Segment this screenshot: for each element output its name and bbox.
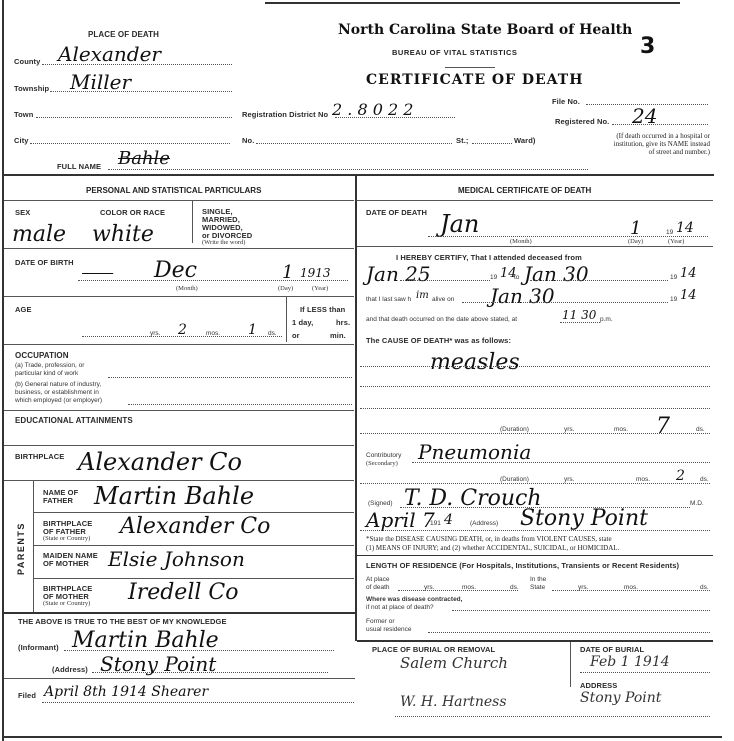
signed-year: 4 <box>444 512 453 528</box>
mother-birthplace-hint: (State or Country) <box>43 600 90 607</box>
one-day-label: 1 day, <box>292 318 313 327</box>
sex-row-rule <box>4 248 354 249</box>
age-ds-label: ds. <box>268 330 277 337</box>
filed-value: April 8th 1914 Shearer <box>44 684 208 700</box>
dob-struck <box>82 266 113 282</box>
contracted-line <box>452 610 710 611</box>
in-state-ds: ds. <box>700 584 709 591</box>
registration-district-label: Registration District No <box>242 110 328 119</box>
town-line <box>36 117 232 118</box>
marital-divider <box>192 200 193 243</box>
age-mos-label: mos. <box>206 330 220 337</box>
occupation-row-rule <box>4 410 354 411</box>
signed-address-line <box>360 530 710 531</box>
birthplace-value: Alexander Co <box>78 448 242 476</box>
birthplace-label: BIRTHPLACE <box>15 452 64 461</box>
contrib-ds-label: ds. <box>700 476 709 483</box>
contracted-1: Where was disease contracted, <box>366 596 462 603</box>
father-birthplace-hint: (State or Country) <box>43 535 90 542</box>
sex-label: SEX <box>15 208 30 217</box>
duration-yrs-label: yrs. <box>564 426 574 433</box>
street-no-label: No. <box>242 136 254 145</box>
city-line <box>30 143 230 144</box>
filed-line <box>42 702 354 703</box>
death-time-line <box>560 322 600 323</box>
attended-from-year-prefix: 19 <box>490 274 497 281</box>
informant-value: Martin Bahle <box>72 628 219 653</box>
county-value: Alexander <box>58 42 161 66</box>
last-saw-year-prefix: 19 <box>670 296 677 303</box>
cause-label: The CAUSE OF DEATH* was as follows: <box>366 336 511 345</box>
dod-month: Jan <box>440 210 479 238</box>
undertaker-value: W. H. Hartness <box>400 694 507 710</box>
contributory-line <box>412 462 710 463</box>
footnote-1: *State the DISEASE CAUSING DEATH, or, in… <box>366 535 612 543</box>
contrib-duration-label: (Duration) <box>500 476 529 483</box>
signed-label: (Signed) <box>368 500 393 507</box>
registration-district-value: 2 . 8 0 2 2 <box>332 100 413 119</box>
address-label: (Address) <box>52 665 88 674</box>
dob-day-hint: (Day) <box>278 285 293 292</box>
occupation-a-1: (a) Trade, profession, or <box>15 362 84 369</box>
signed-address-value: Stony Point <box>520 506 648 531</box>
registered-no-label: Registered No. <box>555 117 609 126</box>
mother-name-value: Elsie Johnson <box>108 547 245 571</box>
cause-line-3 <box>360 408 710 409</box>
dob-row-rule <box>4 296 354 297</box>
mother-birthplace-value: Iredell Co <box>128 580 238 605</box>
duration-line <box>360 433 710 434</box>
dob-month-hint: (Month) <box>176 285 198 292</box>
color-label: COLOR OR RACE <box>100 208 165 217</box>
parents-bottom-rule <box>4 612 355 614</box>
father-birthplace-rule <box>34 545 354 546</box>
bureau-title: BUREAU OF VITAL STATISTICS <box>392 48 517 57</box>
contributory-value: Pneumonia <box>418 440 531 464</box>
undertaker-address-label: ADDRESS <box>580 681 617 690</box>
parents-label: PARENTS <box>16 522 26 575</box>
education-row-rule <box>4 445 354 446</box>
occupation-a-2: particular kind of work <box>15 370 78 377</box>
burial-date-value: Feb 1 1914 <box>590 654 670 670</box>
dod-line <box>428 236 708 237</box>
last-saw-line <box>462 302 668 303</box>
county-label: County <box>14 57 40 66</box>
alive-on-label: alive on <box>432 296 454 303</box>
attended-to-line <box>530 280 668 281</box>
at-place-2: of death <box>366 584 390 591</box>
birthplace-row-rule <box>4 480 354 481</box>
contrib-mos-label: mos. <box>636 476 650 483</box>
page-number: 3 <box>640 34 655 59</box>
death-time-value: 11 30 <box>562 308 596 322</box>
medical-title-rule <box>357 200 713 201</box>
st-label: St.; <box>456 136 468 145</box>
informant-label: (Informant) <box>18 643 59 652</box>
certificate-title: CERTIFICATE OF DEATH <box>366 72 583 88</box>
registered-no-line <box>612 124 708 125</box>
duration-label: (Duration) <box>500 426 529 433</box>
parents-divider <box>33 480 34 614</box>
former-2: usual residence <box>366 626 412 633</box>
file-no-label: File No. <box>552 97 580 106</box>
ward-label: Ward) <box>514 136 535 145</box>
cause-line-2 <box>360 386 710 387</box>
full-name-line <box>108 169 588 170</box>
contrib-duration-line <box>360 483 710 484</box>
age-yrs-label: yrs. <box>150 330 160 337</box>
burial-place-label: PLACE OF BURIAL OR REMOVAL <box>372 645 495 654</box>
footnote-2: (1) MEANS OF INJURY; and (2) whether ACC… <box>366 544 619 552</box>
or-label: or <box>292 331 300 340</box>
full-name-value: Bahle <box>118 148 170 169</box>
informant-bottom-rule <box>4 678 355 679</box>
father-name-rule <box>34 512 354 513</box>
dod-month-hint: (Month) <box>510 238 532 245</box>
dob-month: Dec <box>154 258 197 283</box>
township-label: Township <box>14 84 49 93</box>
at-place-line <box>398 590 518 591</box>
contrib-yrs-label: yrs. <box>564 476 574 483</box>
undertaker-line <box>395 716 710 717</box>
residence-title: LENGTH OF RESIDENCE (For Hospitals, Inst… <box>366 561 679 570</box>
last-saw-year: 14 <box>680 288 697 303</box>
at-place-yrs: yrs. <box>424 584 434 591</box>
dob-line <box>78 280 348 281</box>
at-place-ds: ds. <box>510 584 519 591</box>
marital-hint: (Write the word) <box>202 239 245 246</box>
father-name-value: Martin Bahle <box>94 482 254 510</box>
cause-line-1 <box>360 366 710 367</box>
dod-day: 1 <box>630 218 641 239</box>
township-value: Miller <box>70 70 131 94</box>
occupation-b-3: which employed (or employer) <box>15 397 102 404</box>
md-label: M.D. <box>690 500 704 507</box>
occupation-a-line <box>108 377 352 378</box>
less-than-label: If LESS than <box>300 305 345 314</box>
former-line <box>428 632 710 633</box>
dod-row-rule <box>357 246 713 247</box>
contracted-2: if not at place of death? <box>366 604 434 611</box>
hospital-note: (If death occurred in a hospital or inst… <box>612 132 710 156</box>
burial-date-line <box>580 672 710 673</box>
ward-line <box>472 143 512 144</box>
attended-from-line <box>400 280 490 281</box>
top-border <box>265 2 680 4</box>
left-border <box>2 0 4 741</box>
residence-bottom-rule <box>357 640 713 642</box>
dob-year-hint: (Year) <box>312 285 328 292</box>
registered-no-value: 24 <box>632 104 657 128</box>
occupation-label: OCCUPATION <box>15 351 69 360</box>
age-label: AGE <box>15 305 32 314</box>
burial-place-value: Salem Church <box>400 654 508 672</box>
secondary-label: (Secondary) <box>366 460 398 467</box>
undertaker-address-value: Stony Point <box>580 690 661 706</box>
footnote-rule <box>357 555 713 556</box>
personal-title-rule <box>4 200 354 201</box>
death-time-text: and that death occurred on the date abov… <box>366 316 517 323</box>
age-ds-value: 1 <box>248 322 257 338</box>
at-place-mos: mos. <box>462 584 476 591</box>
cause-value: measles <box>430 350 520 375</box>
father-birthplace-value: Alexander Co <box>120 514 270 539</box>
dod-year-hint: (Year) <box>668 238 684 245</box>
contrib-ds-value: 2 <box>676 468 685 484</box>
attended-from: Jan 25 <box>366 262 431 286</box>
hrs-label: hrs. <box>336 318 350 327</box>
color-value: white <box>92 222 154 247</box>
bottom-border <box>2 736 722 738</box>
age-less-divider <box>286 296 287 342</box>
education-label: EDUCATIONAL ATTAINMENTS <box>15 416 133 425</box>
former-1: Former or <box>366 618 395 625</box>
in-state-mos: mos. <box>624 584 638 591</box>
address-value: Stony Point <box>100 652 216 676</box>
attended-to-year-prefix: 19 <box>670 274 677 281</box>
contributory-label: Contributory <box>366 452 401 459</box>
min-label: min. <box>330 331 346 340</box>
occupation-b-2: business, or establishment in <box>15 389 99 396</box>
dod-day-hint: (Day) <box>628 238 643 245</box>
header-divider <box>2 174 714 176</box>
occupation-b-1: (b) General nature of industry, <box>15 381 101 388</box>
signed-address-label: (Address) <box>470 520 498 527</box>
board-title: North Carolina State Board of Health <box>338 22 632 38</box>
full-name-label: FULL NAME <box>57 162 101 171</box>
at-place-1: At place <box>366 576 390 583</box>
duration-ds-label: ds. <box>696 426 705 433</box>
mother-name-rule <box>34 578 354 579</box>
in-state-1: In the <box>530 576 546 583</box>
dod-label: DATE OF DEATH <box>366 208 427 217</box>
dob-day: 1 <box>282 262 293 283</box>
attended-to-year: 14 <box>680 266 697 281</box>
filed-label: Filed <box>18 691 36 700</box>
to-label: to <box>514 274 519 281</box>
last-saw-text: that I last saw h <box>366 296 411 303</box>
mother-name-label-2: OF MOTHER <box>43 559 89 568</box>
in-state-2: State <box>530 584 545 591</box>
duration-ds-value: 7 <box>656 414 670 439</box>
dob-year: 1913 <box>300 266 331 280</box>
age-row-rule <box>4 344 354 345</box>
occupation-b-line <box>128 404 352 405</box>
last-saw-date: Jan 30 <box>490 284 555 308</box>
street-line <box>256 143 452 144</box>
attended-to: Jan 30 <box>524 262 589 286</box>
in-state-yrs: yrs. <box>578 584 588 591</box>
pm-label: p.m. <box>600 316 613 323</box>
certify-text: I HEREBY CERTIFY, That I attended deceas… <box>396 253 582 262</box>
personal-section-title: PERSONAL AND STATISTICAL PARTICULARS <box>86 186 261 195</box>
age-mos-value: 2 <box>178 322 187 338</box>
sex-value: male <box>12 222 66 247</box>
bureau-underline <box>445 67 495 68</box>
father-name-label-2: FATHER <box>43 496 73 505</box>
signed-year-prefix: 191 <box>430 520 441 527</box>
burial-divider <box>570 642 571 687</box>
medical-section-title: MEDICAL CERTIFICATE OF DEATH <box>458 186 591 195</box>
burial-date-label: DATE OF BURIAL <box>580 645 644 654</box>
town-label: Town <box>14 110 33 119</box>
last-saw-him: im <box>416 290 429 301</box>
dob-label: DATE OF BIRTH <box>15 258 74 267</box>
city-label: City <box>14 136 29 145</box>
signed-date: April 7 <box>366 508 435 532</box>
duration-mos-label: mos. <box>614 426 628 433</box>
dod-year: 14 <box>676 220 694 236</box>
dod-year-prefix: 19 <box>666 229 673 236</box>
true-statement: THE ABOVE IS TRUE TO THE BEST OF MY KNOW… <box>18 617 227 626</box>
place-of-death-title: PLACE OF DEATH <box>88 30 159 39</box>
